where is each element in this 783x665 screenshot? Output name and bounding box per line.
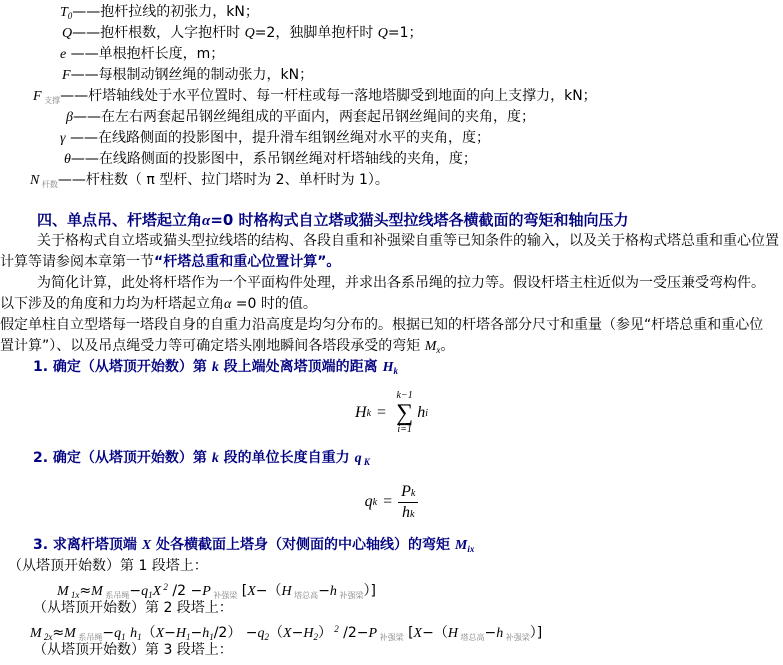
text-line: Q——抱杆根数，人字抱杆时 Q=2，独脚单抱杆时 Q=1； xyxy=(0,23,783,44)
text-segment: =2，独脚单抱杆时 xyxy=(255,25,378,41)
text-segment: （从塔顶开始数）第 1 段塔上： xyxy=(8,558,208,574)
numerator-variable: P xyxy=(401,483,411,500)
text-segment: − xyxy=(129,583,141,599)
text-segment: ——单根抱杆长度，m； xyxy=(66,46,224,62)
text-segment: −（ xyxy=(256,583,282,599)
text-segment: ）] xyxy=(530,625,542,641)
text-segment: H xyxy=(176,626,186,641)
equals-sign: = xyxy=(383,493,392,511)
summation-lower-limit: i=1 xyxy=(397,425,412,435)
summation-symbol: k−1 ∑ i=1 xyxy=(396,391,413,435)
text-segment: − xyxy=(164,625,176,641)
text-segment: ≈ xyxy=(79,583,91,599)
text-line xyxy=(0,191,783,209)
text-segment: 关于格构式自立塔或猫头型拉线塔的结构、各段自重和补强梁自重等已知条件的输入，以及… xyxy=(37,233,779,249)
text-segment: − xyxy=(190,625,202,641)
text-segment: − xyxy=(485,625,497,641)
text-segment: 计算等请参阅本章第一节 xyxy=(0,254,154,270)
text-segment: X xyxy=(283,626,292,641)
formula-m1x: M 1x≈M 系吊绳−q1X 2 /2 −P 补强梁 [X−（H 塔总高−h 补… xyxy=(0,577,783,598)
text-segment: θ xyxy=(64,152,71,167)
item-3: 3. 求离杆塔顶端 X 处各横截面上塔身（对侧面的中心轴线）的弯矩 Mix xyxy=(0,535,783,556)
text-segment: [ xyxy=(404,625,414,641)
numerator-subscript: k xyxy=(411,488,415,499)
eq1-variable-subscript: k xyxy=(367,408,371,419)
eq1-rhs: hi xyxy=(417,404,428,422)
text-segment: H xyxy=(303,626,313,641)
text-segment: X xyxy=(156,626,165,641)
text-line: 关于格构式自立塔或猫头型拉线塔的结构、各段自重和补强梁自重等已知条件的输入，以及… xyxy=(0,231,783,252)
text-line: γ ——在线路侧面的投影图中，提升滑车组钢丝绳对水平的夹角，度； xyxy=(0,128,783,149)
text-line: N 杆数——杆柱数（ π 型杆、拉门塔时为 2、单杆时为 1）。 xyxy=(0,170,783,191)
eq2-variable: q xyxy=(365,493,373,511)
sigma-icon: ∑ xyxy=(396,401,413,425)
text-block-middle: 2. 确定（从塔顶开始数）第 k 段的单位长度自重力 q K xyxy=(0,448,783,469)
text-segment: − xyxy=(318,583,330,599)
text-segment: 塔总高 xyxy=(292,591,319,600)
text-segment: ——在左右两套起吊钢丝绳组成的平面内，两套起吊钢丝绳间的夹角，度； xyxy=(73,109,535,125)
text-block-top: T0——抱杆拉线的初张力，kN；Q——抱杆根数，人字抱杆时 Q=2，独脚单抱杆时… xyxy=(0,2,783,378)
fraction: Pk hk xyxy=(398,482,418,523)
text-segment: 2 xyxy=(332,624,339,634)
text-segment: ≈ xyxy=(52,625,64,641)
eq1-body-variable: h xyxy=(417,404,425,422)
equation-qk-fraction: qk = Pk hk xyxy=(0,469,783,535)
text-segment: （从塔顶开始数）第 2 段塔上： xyxy=(33,600,233,616)
text-segment: Q xyxy=(245,26,255,41)
text-line: β——在左右两套起吊钢丝绳组成的平面内，两套起吊钢丝绳间的夹角，度； xyxy=(0,107,783,128)
text-segment: ） xyxy=(318,625,332,641)
text-segment: X xyxy=(153,584,162,599)
text-segment: 处各横截面上塔身（对侧面的中心轴线）的弯矩 xyxy=(151,537,455,553)
denominator-variable: h xyxy=(402,504,410,521)
text-segment: 补强梁 xyxy=(337,591,364,600)
text-segment: 支撑 xyxy=(42,96,61,105)
text-segment: ——杆柱数（ π 型杆、拉门塔时为 2、单杆时为 1）。 xyxy=(58,172,389,188)
text-segment: 2. 确定（从塔顶开始数）第 xyxy=(33,450,212,466)
equation-hk-summation: Hk = k−1 ∑ i=1 hi xyxy=(0,378,783,448)
equals-sign: = xyxy=(377,404,386,422)
text-block-bottom: 3. 求离杆塔顶端 X 处各横截面上塔身（对侧面的中心轴线）的弯矩 Mix（从塔… xyxy=(0,535,783,661)
text-line: 置计算”）、以及吊点绳受力等可确定塔头刚地瞬间各塔段承受的弯矩 Mx。 xyxy=(0,336,783,357)
text-line: 为简化计算，此处将杆塔作为一个平面构件处理，并求出各系吊绳的拉力等。假设杆塔主柱… xyxy=(0,273,783,294)
text-segment: P xyxy=(369,626,378,641)
eq1-variable: H xyxy=(355,404,367,422)
text-segment: 段上端处离塔顶端的距离 xyxy=(219,359,383,375)
text-segment: （ xyxy=(269,625,283,641)
eq1-lhs: Hk xyxy=(355,404,371,422)
text-segment: （从塔顶开始数）第 3 段塔上： xyxy=(33,642,233,658)
text-segment: 2 xyxy=(161,582,168,592)
text-segment: ——每根制动钢丝绳的制动张力，kN； xyxy=(71,67,314,83)
text-segment: − xyxy=(102,625,114,641)
text-segment: 补强梁 xyxy=(503,633,530,642)
text-segment: ——抱杆拉线的初张力，kN； xyxy=(72,4,259,20)
text-line: 计算等请参阅本章第一节“杆塔总重和重心位置计算”。 xyxy=(0,252,783,273)
text-segment: 置计算”）、以及吊点绳受力等可确定塔头刚地瞬间各塔段承受的弯矩 xyxy=(0,338,425,354)
item-1: 1. 确定（从塔顶开始数）第 k 段上端处离塔顶端的距离 Hk xyxy=(0,357,783,378)
text-segment: ）] xyxy=(363,583,375,599)
text-segment: /2） − xyxy=(214,625,258,641)
text-segment: M xyxy=(455,538,467,553)
text-line: F 支撑——杆塔轴线处于水平位置时、每一杆柱或每一落地塔脚受到地面的向上支撑力，… xyxy=(0,86,783,107)
text-segment: 假定单柱自立型塔每一塔段自身的自重力沿高度是均匀分布的。根据已知的杆塔各部分尺寸… xyxy=(0,317,763,333)
text-segment: ix xyxy=(467,544,474,554)
text-segment: =1； xyxy=(388,25,423,41)
text-segment: M xyxy=(425,339,437,354)
text-segment: q xyxy=(258,626,265,641)
text-segment: =0 时的值。 xyxy=(231,296,317,312)
text-segment: M xyxy=(91,584,103,599)
text-segment: Q xyxy=(62,26,72,41)
text-segment: N xyxy=(30,173,39,188)
text-line: （从塔顶开始数）第 2 段塔上： xyxy=(0,598,783,619)
text-segment: M xyxy=(30,626,42,641)
text-segment: h xyxy=(130,626,137,641)
text-segment: X xyxy=(414,626,423,641)
text-segment: ——抱杆根数，人字抱杆时 xyxy=(72,25,244,41)
text-line: T0——抱杆拉线的初张力，kN； xyxy=(0,2,783,23)
section-heading: 四、单点吊、杆塔起立角α=0 时格构式自立塔或猫头型拉线塔各横截面的弯矩和轴向压… xyxy=(0,209,783,231)
text-segment: 四、单点吊、杆塔起立角 xyxy=(37,211,202,229)
formula-m2x: M 2x≈M 系吊绳−q1 h1（X−H1−h1/2） −q2（X−H2） 2 … xyxy=(0,619,783,640)
item-2: 2. 确定（从塔顶开始数）第 k 段的单位长度自重力 q K xyxy=(0,448,783,469)
text-segment: 。 xyxy=(440,338,454,354)
text-segment: k xyxy=(393,366,398,376)
text-line: 以下涉及的角度和力均为杆塔起立角α =0 时的值。 xyxy=(0,294,783,315)
fraction-denominator: hk xyxy=(399,503,417,523)
text-segment: M xyxy=(57,584,69,599)
text-segment: ——在线路侧面的投影图中，系吊钢丝绳对杆塔轴线的夹角，度； xyxy=(71,151,477,167)
text-segment: h xyxy=(330,584,337,599)
text-segment: ——杆塔轴线处于水平位置时、每一杆柱或每一落地塔脚受到地面的向上支撑力，kN； xyxy=(60,88,597,104)
text-line: θ——在线路侧面的投影图中，系吊钢丝绳对杆塔轴线的夹角，度； xyxy=(0,149,783,170)
text-segment: /2 − xyxy=(168,583,202,599)
text-segment: X xyxy=(247,584,256,599)
text-segment: −（ xyxy=(422,625,448,641)
text-segment: /2− xyxy=(339,625,369,641)
text-segment: q xyxy=(355,451,362,466)
document-page: T0——抱杆拉线的初张力，kN；Q——抱杆根数，人字抱杆时 Q=2，独脚单抱杆时… xyxy=(0,0,783,661)
text-segment: 3. 求离杆塔顶端 xyxy=(33,537,142,553)
text-segment: H xyxy=(282,584,292,599)
text-segment: k xyxy=(212,451,219,466)
text-segment: =0 时格构式自立塔或猫头型拉线塔各横截面的弯矩和轴向压力 xyxy=(210,211,628,229)
text-line: 假定单柱自立型塔每一塔段自身的自重力沿高度是均匀分布的。根据已知的杆塔各部分尺寸… xyxy=(0,315,783,336)
text-segment: [ xyxy=(237,583,247,599)
text-segment: 杆数 xyxy=(39,180,58,189)
text-segment: H xyxy=(383,360,394,375)
text-line: （从塔顶开始数）第 1 段塔上： xyxy=(0,556,783,577)
text-segment: H xyxy=(448,626,458,641)
text-line: F——每根制动钢丝绳的制动张力，kN； xyxy=(0,65,783,86)
text-line: （从塔顶开始数）第 3 段塔上： xyxy=(0,640,783,661)
text-segment: ——在线路侧面的投影图中，提升滑车组钢丝绳对水平的夹角，度； xyxy=(66,130,490,146)
text-segment: 以下涉及的角度和力均为杆塔起立角 xyxy=(0,296,224,312)
text-segment: 1. 确定（从塔顶开始数）第 xyxy=(33,359,212,375)
text-segment: T xyxy=(60,5,68,20)
text-segment: 为简化计算，此处将杆塔作为一个平面构件处理，并求出各系吊绳的拉力等。假设杆塔主柱… xyxy=(37,275,765,291)
fraction-numerator: Pk xyxy=(398,482,418,503)
text-segment: − xyxy=(292,625,304,641)
text-line: e ——单根抱杆长度，m； xyxy=(0,44,783,65)
denominator-subscript: k xyxy=(410,509,414,520)
text-segment: “杆塔总重和重心位置计算”。 xyxy=(154,254,340,270)
text-segment: F xyxy=(33,89,42,104)
text-segment: 补强梁 xyxy=(377,633,404,642)
text-segment: P xyxy=(202,584,211,599)
text-segment: F xyxy=(62,68,71,83)
eq2-variable-subscript: k xyxy=(373,497,377,508)
text-segment: 段的单位长度自重力 xyxy=(219,450,355,466)
text-segment: （ xyxy=(142,625,156,641)
text-segment: K xyxy=(362,457,370,467)
text-segment: 塔总高 xyxy=(458,633,485,642)
text-segment: Q xyxy=(378,26,388,41)
eq2-lhs: qk xyxy=(365,493,377,511)
text-segment: X xyxy=(142,538,151,553)
text-segment: M xyxy=(64,626,76,641)
text-segment: k xyxy=(212,360,219,375)
eq1-body-subscript: i xyxy=(425,408,428,419)
text-segment: β xyxy=(66,110,73,125)
